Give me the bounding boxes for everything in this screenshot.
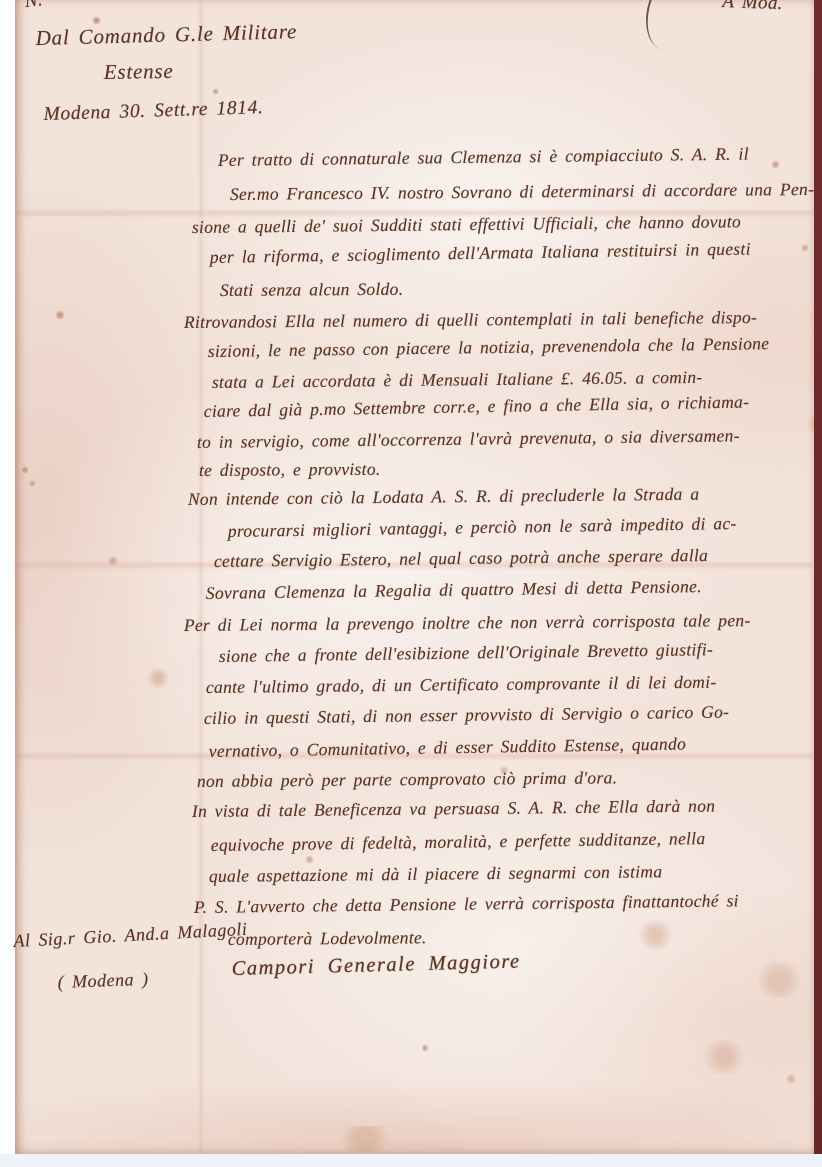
body-line: Sovrana Clemenza la Regalia di quattro M… (206, 576, 702, 604)
letterhead-office: Dal Comando G.le Militare (35, 19, 297, 51)
body-line: Stati senza alcun Soldo. (220, 279, 404, 301)
body-line: to in servigio, come all'occorrenza l'av… (197, 425, 740, 453)
body-line: vernativo, o Comunitativo, e di esser Su… (209, 734, 687, 762)
postscript-line: comporterà Lodevolmente. (228, 927, 427, 950)
body-line: sione a quelli de' suoi Sudditi stati ef… (192, 211, 741, 238)
reference-number-fragment: N.° (24, 0, 52, 13)
body-line: Non intende con ciò la Lodata A. S. R. d… (188, 484, 700, 510)
signature: Campori Generale Maggiore (231, 950, 521, 981)
body-line: procurarsi migliori vantaggi, e perciò n… (228, 513, 737, 542)
body-line: cante l'ultimo grado, di un Certificato … (206, 672, 717, 698)
body-line: cettare Servigio Estero, nel qual caso p… (214, 545, 709, 572)
handwriting-layer: N.° A Mod. Dal Comando G.le Militare Est… (0, 0, 822, 1167)
letterhead-office-line2: Estense (104, 59, 174, 85)
body-line: stata a Lei accordata è di Mensuali Ital… (212, 367, 703, 393)
body-line: te disposto, e provvisto. (199, 459, 381, 481)
body-line: cilio in questi Stati, di non esser prov… (204, 702, 730, 729)
body-line: quale aspettazione mi dà il piacere di s… (209, 861, 663, 887)
body-line: sione che a fronte dell'esibizione dell'… (219, 639, 713, 667)
body-line: ciare dal già p.mo Settembre corr.e, e f… (204, 391, 750, 422)
body-line: In vista di tale Beneficenza va persuasa… (192, 796, 716, 822)
dateline: Modena 30. Sett.re 1814. (43, 97, 263, 126)
body-line: Per tratto di connaturale sua Clemenza s… (218, 144, 749, 171)
body-line: Ritrovandosi Ella nel numero di quelli c… (184, 307, 757, 333)
body-line: Per di Lei norma la prevengo inoltre che… (184, 610, 751, 636)
addressee-place: ( Modena ) (57, 969, 149, 993)
top-right-docket-fragment: A Mod. (722, 0, 783, 15)
postscript-line: P. S. L'avverto che detta Pensione le ve… (194, 890, 739, 918)
scanned-letter-page: N.° A Mod. Dal Comando G.le Militare Est… (0, 0, 822, 1167)
body-line: Ser.mo Francesco IV. nostro Sovrano di d… (230, 179, 814, 205)
body-line: non abbia però per parte comprovato ciò … (197, 767, 618, 792)
pen-flourish-icon (636, 0, 714, 58)
body-line: equivoche prove di fedeltà, moralità, e … (211, 828, 706, 856)
body-line: per la riforma, e scioglimento dell'Arma… (210, 239, 751, 268)
addressee-name: Al Sig.r Gio. And.a Malagoli (13, 919, 248, 952)
body-line: sizioni, le ne passo con piacere la noti… (208, 333, 770, 362)
